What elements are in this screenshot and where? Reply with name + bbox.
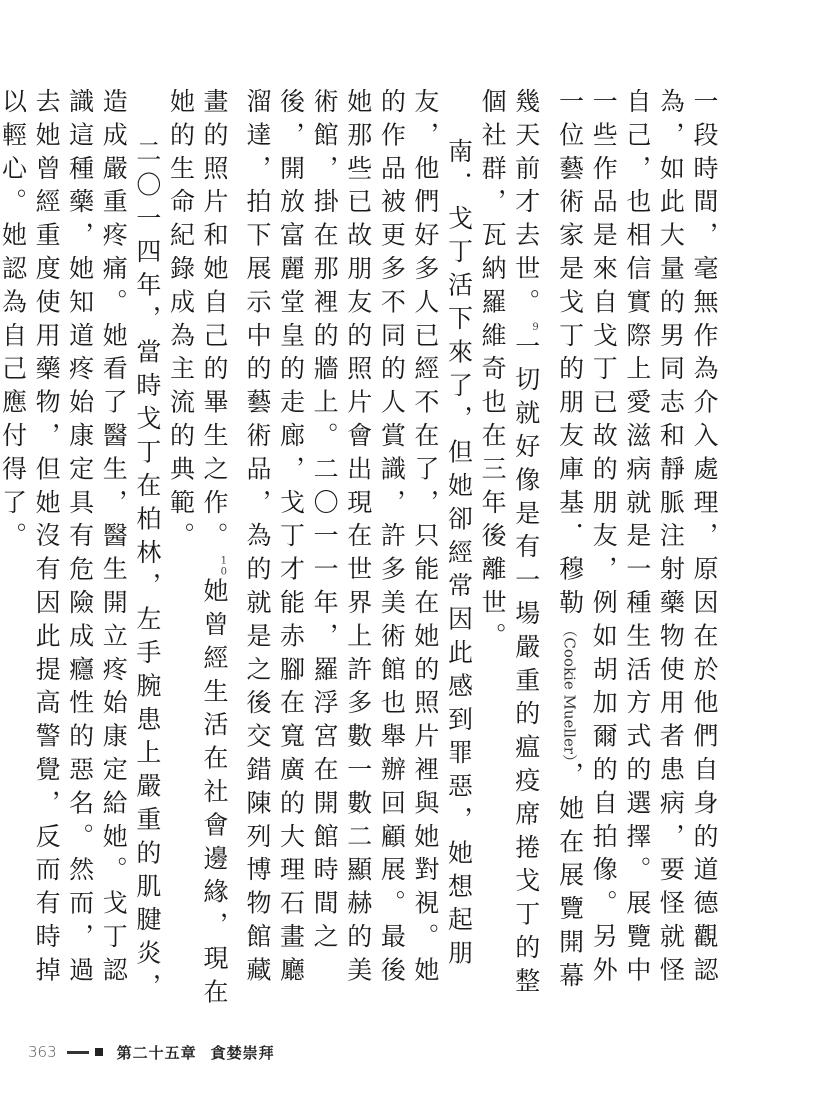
paragraph: 南．戈丁活下來了，但她卻經常因此感到罪惡，她想起朋友，他們好多人已經不在了，只能…	[164, 88, 476, 1018]
chapter-title: 貪婪崇拜	[211, 1042, 275, 1063]
paragraph-text: 二〇一四年，當時戈丁在柏林，左手腕患上嚴重的肌腱炎，造成嚴重疼痛。她看了醫生，醫…	[0, 88, 162, 1006]
latin-inline-text: （Cookie Mueller）	[561, 622, 579, 761]
footer-square-ornament	[95, 1048, 103, 1056]
paragraph: 一段時間，毫無作為介入處理，原因在於他們自身的道德觀認為，如此大量的男同志和靜脈…	[476, 88, 721, 1018]
paragraph-text: 南．戈丁活下來了，但她卻經常因此感到罪惡，她想起朋友，他們好多人已經不在了，只能…	[200, 88, 473, 990]
paragraph: 二〇一四年，當時戈丁在柏林，左手腕患上嚴重的肌腱炎，造成嚴重疼痛。她看了醫生，醫…	[0, 88, 164, 1018]
footnote-marker: 9	[530, 322, 541, 333]
vertical-body-text: 一段時間，毫無作為介入處理，原因在於他們自身的道德觀認為，如此大量的男同志和靜脈…	[0, 88, 721, 1018]
chapter-label: 第二十五章	[117, 1042, 197, 1063]
footnote-marker: 10	[218, 556, 229, 578]
footer-dash-ornament	[67, 1051, 89, 1054]
page-footer: 363 第二十五章 貪婪崇拜	[28, 1042, 275, 1062]
page-number: 363	[28, 1043, 57, 1061]
book-page: 一段時間，毫無作為介入處理，原因在於他們自身的道德觀認為，如此大量的男同志和靜脈…	[0, 0, 813, 1100]
